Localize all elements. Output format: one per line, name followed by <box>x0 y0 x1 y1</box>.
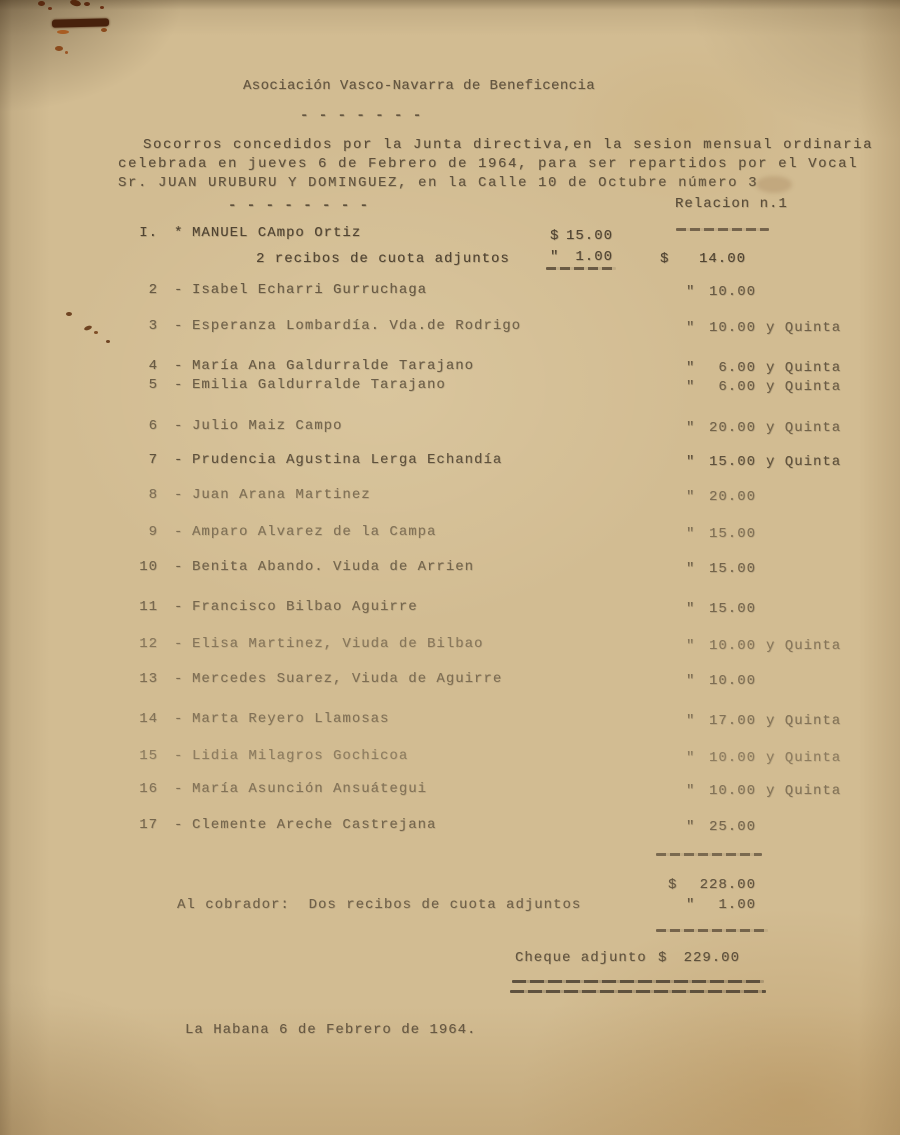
entry-number: 2 <box>132 282 158 299</box>
entry-amount-suffix: y Quinta <box>766 420 841 437</box>
entry-name: MANUEL CAmpo Ortiz <box>192 225 361 242</box>
entry-separator: - <box>174 781 183 798</box>
entry-number: 15 <box>132 748 158 765</box>
entry-number: 17 <box>132 817 158 834</box>
entry-separator: - <box>174 377 183 394</box>
entry-currency: " <box>686 673 695 690</box>
cheque-amount: 229.00 <box>678 950 740 967</box>
entry-number: 14 <box>132 711 158 728</box>
entry-amount-suffix: y Quinta <box>766 454 841 471</box>
entry-row: 11-Francisco Bilbao Aguirre"15.00 <box>0 599 900 625</box>
entry-separator: - <box>174 358 183 375</box>
deduction-underline <box>546 267 616 270</box>
cheque-double-rule-top <box>512 980 764 983</box>
entry-number: 7 <box>132 452 158 469</box>
entry-amount: 10.00 <box>698 284 756 301</box>
entry-currency: " <box>686 638 695 655</box>
entry-row: 5-Emilia Galdurralde Tarajano"6.00y Quin… <box>0 377 900 403</box>
entry-amount-suffix: y Quinta <box>766 783 841 800</box>
entry-number: 6 <box>132 418 158 435</box>
entry-name: María Ana Galdurralde Tarajano <box>192 358 474 375</box>
entry-currency: " <box>686 526 695 543</box>
entry-currency: " <box>686 561 695 578</box>
entry-row: 9-Amparo Alvarez de la Campa"15.00 <box>0 524 900 550</box>
entry-name: Prudencia Agustina Lerga Echandía <box>192 452 502 469</box>
entry-name: Isabel Echarri Gurruchaga <box>192 282 427 299</box>
entry-amount: 14.00 <box>688 251 746 268</box>
entry-number: 10 <box>132 559 158 576</box>
subtotal-amount: 228.00 <box>690 877 756 894</box>
entry-currency: " <box>686 601 695 618</box>
entry-name: Francisco Bilbao Aguirre <box>192 599 418 616</box>
entry-amount-suffix: y Quinta <box>766 713 841 730</box>
entry-row: I.*MANUEL CAmpo Ortiz$15.002 recibos de … <box>0 225 900 285</box>
entry-currency: " <box>686 284 695 301</box>
entry-amount-suffix: y Quinta <box>766 360 841 377</box>
collector-line: Al cobrador: Dos recibos de cuota adjunt… <box>177 897 581 914</box>
entry-amount: 25.00 <box>698 819 756 836</box>
entry-row: 10-Benita Abando. Viuda de Arrien"15.00 <box>0 559 900 585</box>
entry-currency: " <box>686 489 695 506</box>
entry-row: 14-Marta Reyero Llamosas"17.00y Quinta <box>0 711 900 737</box>
entry-name: Emilia Galdurralde Tarajano <box>192 377 446 394</box>
entry-number: I. <box>132 225 158 242</box>
entry-currency: " <box>686 783 695 800</box>
entry-separator: - <box>174 524 183 541</box>
entry-separator: - <box>174 452 183 469</box>
entry-separator: - <box>174 599 183 616</box>
entry-number: 9 <box>132 524 158 541</box>
entry-row: 2-Isabel Echarri Gurruchaga"10.00 <box>0 282 900 308</box>
date-line: La Habana 6 de Febrero de 1964. <box>185 1022 476 1039</box>
entry-number: 4 <box>132 358 158 375</box>
entry-amount: 15.00 <box>698 526 756 543</box>
entry-note: 2 recibos de cuota adjuntos <box>256 251 510 268</box>
scanned-document-photo: Asociación Vasco-Navarra de Beneficencia… <box>0 0 900 1135</box>
entry-amount: 20.00 <box>698 489 756 506</box>
entry-separator: - <box>174 318 183 335</box>
entry-name: Lidia Milagros Gochicoa <box>192 748 408 765</box>
entry-amount: 10.00 <box>698 750 756 767</box>
cheque-double-rule-bottom <box>510 990 766 993</box>
entry-deduction-amount: 1.00 <box>556 249 613 266</box>
entry-amount: 10.00 <box>698 638 756 655</box>
entry-gross-amount: 15.00 <box>556 228 613 245</box>
collector-currency: " <box>686 897 695 914</box>
entry-name: Marta Reyero Llamosas <box>192 711 389 728</box>
collector-amount: 1.00 <box>698 897 756 914</box>
entry-amount: 10.00 <box>698 320 756 337</box>
entry-amount-suffix: y Quinta <box>766 320 841 337</box>
entry-separator: - <box>174 636 183 653</box>
entry-currency: " <box>686 750 695 767</box>
entry-row: 6-Julio Maiz Campo"20.00y Quinta <box>0 418 900 444</box>
collector-rule <box>656 929 768 932</box>
entry-row: 17-Clemente Areche Castrejana"25.00 <box>0 817 900 843</box>
entry-amount: 15.00 <box>698 561 756 578</box>
entry-row: 8-Juan Arana Martinez"20.00 <box>0 487 900 513</box>
entry-separator: - <box>174 817 183 834</box>
entry-amount-suffix: y Quinta <box>766 379 841 396</box>
entry-currency: " <box>686 420 695 437</box>
entry-name: Julio Maiz Campo <box>192 418 342 435</box>
entry-row: 16-María Asunción Ansuátegui"10.00y Quin… <box>0 781 900 807</box>
entry-separator: - <box>174 418 183 435</box>
entry-amount: 6.00 <box>698 379 756 396</box>
entry-separator: - <box>174 711 183 728</box>
entry-amount: 6.00 <box>698 360 756 377</box>
entry-row: 3-Esperanza Lombardía. Vda.de Rodrigo"10… <box>0 318 900 344</box>
entry-amount-suffix: y Quinta <box>766 750 841 767</box>
entry-name: Clemente Areche Castrejana <box>192 817 436 834</box>
subtotal-currency: $ <box>668 877 677 894</box>
entry-amount: 17.00 <box>698 713 756 730</box>
entry-name: María Asunción Ansuátegui <box>192 781 427 798</box>
entry-number: 8 <box>132 487 158 504</box>
entry-separator: - <box>174 487 183 504</box>
entry-name: Mercedes Suarez, Viuda de Aguirre <box>192 671 502 688</box>
entry-name: Benita Abando. Viuda de Arrien <box>192 559 474 576</box>
entry-currency: $ <box>660 251 669 268</box>
entry-currency: " <box>686 819 695 836</box>
entry-row: 13-Mercedes Suarez, Viuda de Aguirre"10.… <box>0 671 900 697</box>
entry-amount: 10.00 <box>698 673 756 690</box>
entry-currency: " <box>686 454 695 471</box>
entry-currency: " <box>686 379 695 396</box>
entry-row: 12-Elisa Martinez, Viuda de Bilbao"10.00… <box>0 636 900 662</box>
cheque-currency: $ <box>658 950 667 967</box>
entry-currency: " <box>686 713 695 730</box>
entry-name: Juan Arana Martinez <box>192 487 371 504</box>
entry-separator: - <box>174 559 183 576</box>
cheque-label: Cheque adjunto <box>515 950 647 967</box>
entry-separator: - <box>174 748 183 765</box>
entry-number: 12 <box>132 636 158 653</box>
entry-separator: * <box>174 225 183 242</box>
entry-separator: - <box>174 671 183 688</box>
entries-list: I.*MANUEL CAmpo Ortiz$15.002 recibos de … <box>0 0 900 1135</box>
entry-amount: 15.00 <box>698 601 756 618</box>
entry-name: Esperanza Lombardía. Vda.de Rodrigo <box>192 318 521 335</box>
entry-row: 15-Lidia Milagros Gochicoa"10.00y Quinta <box>0 748 900 774</box>
entry-number: 16 <box>132 781 158 798</box>
entry-number: 3 <box>132 318 158 335</box>
entry-number: 5 <box>132 377 158 394</box>
entry-separator: - <box>174 282 183 299</box>
entry-number: 11 <box>132 599 158 616</box>
entry-amount-suffix: y Quinta <box>766 638 841 655</box>
entry-row: 7-Prudencia Agustina Lerga Echandía"15.0… <box>0 452 900 478</box>
entry-amount: 10.00 <box>698 783 756 800</box>
entry-amount: 15.00 <box>698 454 756 471</box>
entry-amount: 20.00 <box>698 420 756 437</box>
entry-number: 13 <box>132 671 158 688</box>
entry-name: Elisa Martinez, Viuda de Bilbao <box>192 636 483 653</box>
entry-currency: " <box>686 360 695 377</box>
subtotal-rule <box>656 853 762 856</box>
entry-name: Amparo Alvarez de la Campa <box>192 524 436 541</box>
entry-currency: " <box>686 320 695 337</box>
